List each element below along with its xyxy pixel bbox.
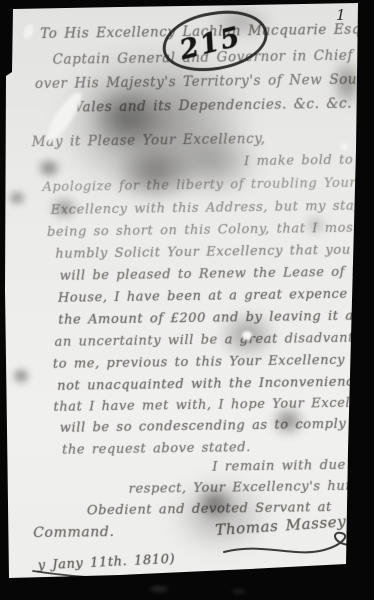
address-line: over His Majesty's Territory's of New So…: [35, 71, 373, 92]
signature: Thomas Massey: [215, 512, 347, 539]
background-speck: [232, 589, 246, 594]
body-line: not unacquainted with the Inconveniences: [57, 374, 370, 393]
letter-text-block: To His Excellency Lachlan Macquarie Esqu…: [0, 0, 374, 600]
body-line: I make bold to: [244, 153, 353, 170]
salutation: May it Please Your Excellency,: [32, 131, 266, 150]
body-line: the Amount of £200 and by leaving it at: [58, 309, 359, 328]
body-line: will be so condescending as to comply wi…: [60, 416, 374, 436]
stamp-number: 215: [176, 21, 244, 66]
page-number: 1: [336, 6, 346, 24]
body-line: will be pleased to Renew the Lease of my: [60, 264, 373, 283]
body-line: House, I have been at a great expence to: [58, 286, 369, 305]
date-line: y Jany 11th. 1810): [37, 552, 175, 574]
address-line: Wales and its Dependencies. &c. &c. &c.: [69, 95, 374, 115]
scanned-letter-page: To His Excellency Lachlan Macquarie Esqu…: [0, 0, 374, 600]
body-line: Apologize for the liberty of troubling Y…: [42, 176, 356, 195]
closing-line: respect, Your Excellency's humble: [129, 478, 374, 497]
closing-place: Command.: [33, 524, 114, 541]
manuscript-paper: To His Excellency Lachlan Macquarie Esqu…: [0, 0, 374, 600]
body-line: an uncertainty will be a great disadvant…: [54, 330, 374, 350]
background-speck: [150, 586, 168, 592]
body-line: that I have met with, I hope Your Excell…: [53, 395, 374, 415]
body-line: to me, previous to this Your Excellency …: [53, 353, 364, 372]
body-line: being so short on this Colony, that I mo…: [47, 221, 359, 240]
body-line: Excellency with this Address, but my sta…: [51, 199, 363, 218]
closing-line: I remain with due: [212, 458, 346, 475]
body-line: humbly Solicit Your Excellency that you: [55, 243, 351, 262]
body-line: the request above stated.: [62, 440, 251, 458]
